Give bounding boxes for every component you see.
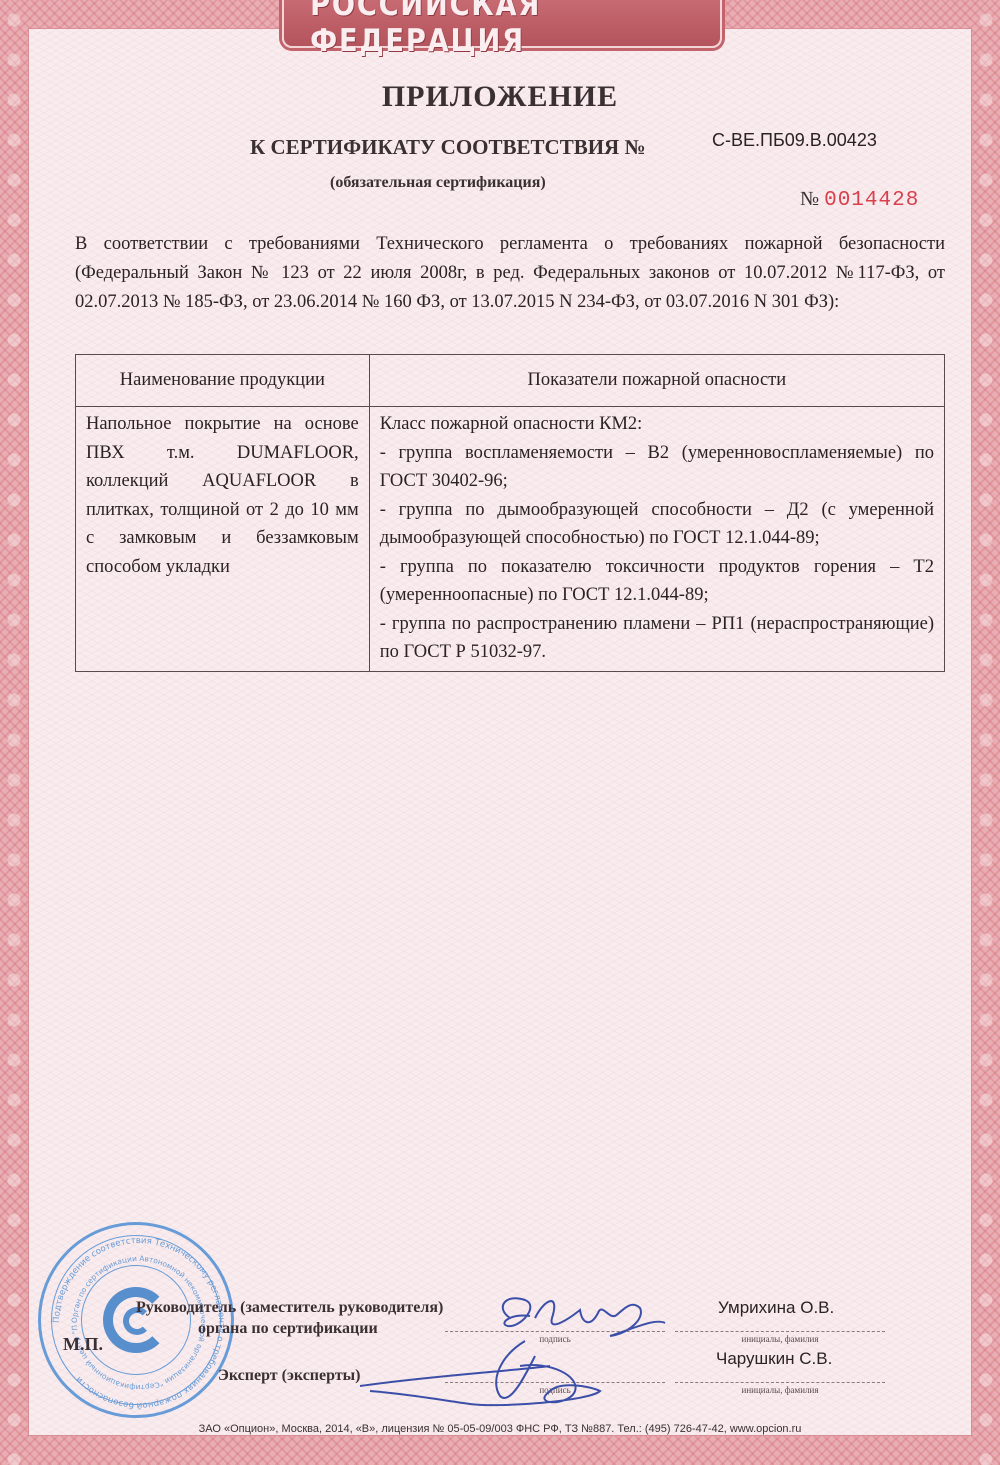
document-title: ПРИЛОЖЕНИЕ [0, 80, 1000, 114]
country-banner: РОССИЙСКАЯ ФЕДЕРАЦИЯ [282, 0, 722, 48]
expert-label: Эксперт (эксперты) [218, 1367, 361, 1385]
header-fire-indicators: Показатели пожарной опасности [369, 355, 944, 407]
specification-table: Наименование продукции Показатели пожарн… [75, 354, 945, 672]
head-name: Умрихина О.В. [718, 1298, 834, 1318]
header-product-name: Наименование продукции [76, 355, 370, 407]
head-name-line [675, 1331, 885, 1332]
product-description: Напольное покрытие на основе ПВХ т.м. DU… [76, 407, 370, 672]
fire-class: Класс пожарной опасности КМ2: [380, 410, 934, 439]
table-header-row: Наименование продукции Показатели пожарн… [76, 355, 945, 407]
head-name-caption: инициалы, фамилия [715, 1334, 845, 1344]
flame-spread-group: - группа по распространению пламени – РП… [380, 610, 934, 667]
expert-signature-icon [350, 1336, 670, 1416]
serial-prefix: № [800, 188, 819, 210]
toxicity-group: - группа по показателю токсичности проду… [380, 553, 934, 610]
expert-name-caption: инициалы, фамилия [715, 1385, 845, 1395]
flammability-group: - группа воспламеняемости – В2 (умеренно… [380, 439, 934, 496]
table-row: Напольное покрытие на основе ПВХ т.м. DU… [76, 407, 945, 672]
stamp-place-label: М.П. [63, 1334, 103, 1355]
serial-number: № 0014428 [800, 188, 919, 212]
head-label-line1: Руководитель (заместитель руководителя) [136, 1299, 443, 1317]
serial-value: 0014428 [824, 189, 919, 212]
expert-name: Чарушкин С.В. [716, 1349, 832, 1369]
certificate-number: С-ВЕ.ПБ09.В.00423 [712, 130, 877, 151]
expert-name-line [675, 1382, 885, 1383]
smoke-group: - группа по дымообразующей способности –… [380, 496, 934, 553]
certification-type: (обязательная сертификация) [330, 174, 546, 192]
country-banner-text: РОССИЙСКАЯ ФЕДЕРАЦИЯ [310, 0, 694, 59]
printer-footer: ЗАО «Опцион», Москва, 2014, «В», лицензи… [0, 1423, 1000, 1435]
document-subtitle: К СЕРТИФИКАТУ СООТВЕТСТВИЯ № [250, 135, 646, 160]
intro-paragraph: В соответствии с требованиями Техническо… [75, 230, 945, 317]
fire-indicators: Класс пожарной опасности КМ2: - группа в… [369, 407, 944, 672]
